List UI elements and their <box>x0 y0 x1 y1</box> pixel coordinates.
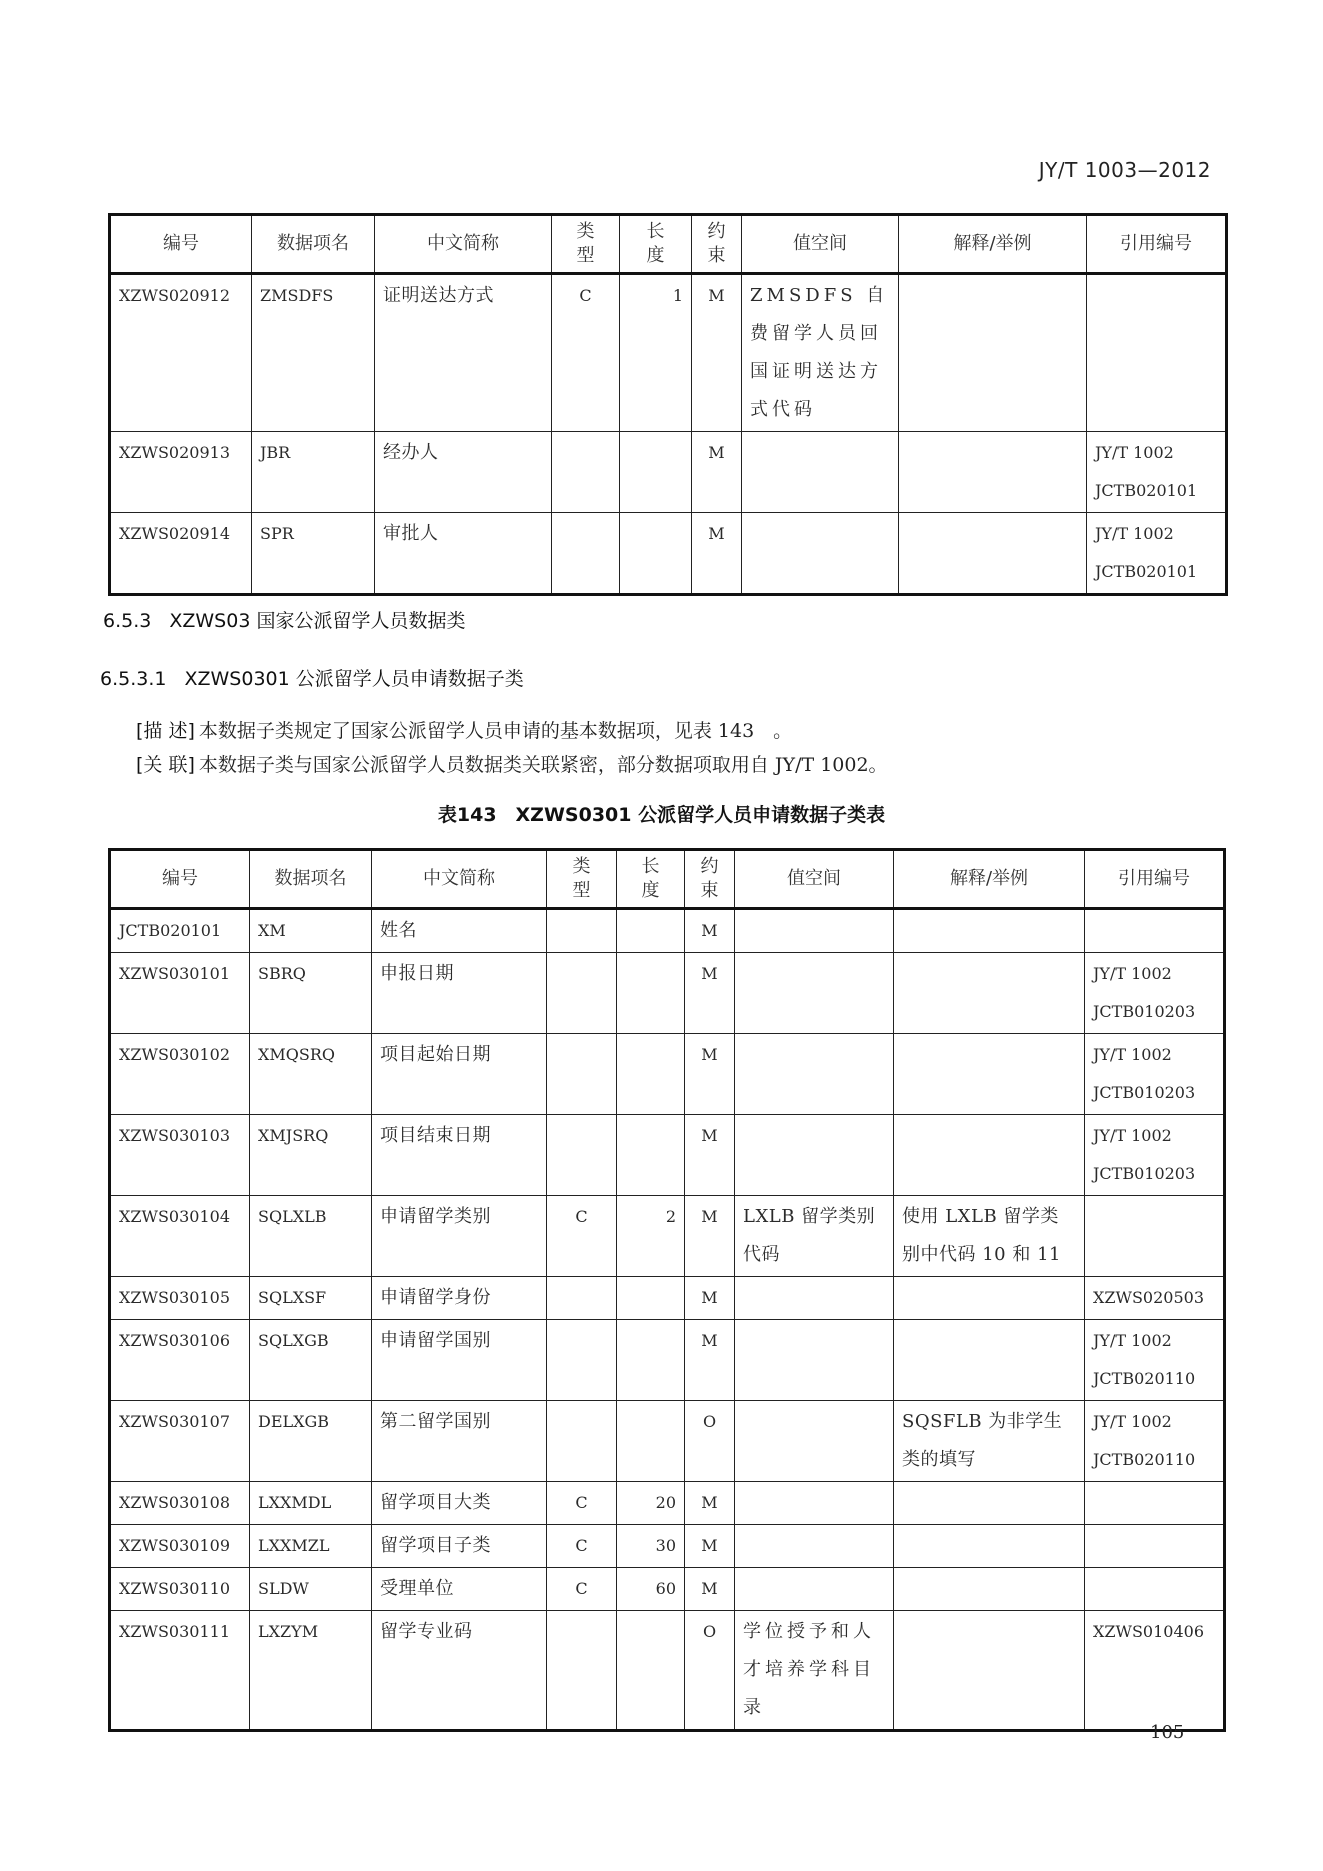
table-caption: 表143 XZWS0301 公派留学人员申请数据子类表 <box>0 800 1323 827</box>
cell-id: XZWS030108 <box>110 1482 250 1525</box>
cell-length <box>617 1115 685 1196</box>
table-row: XZWS030111 LXZYM 留学专业码 O 学位授予和人才培养学科目录 X… <box>110 1611 1225 1731</box>
table-row: XZWS030103 XMJSRQ 项目结束日期 M JY/T 1002JCTB… <box>110 1115 1225 1196</box>
cell-value-space <box>735 909 894 953</box>
cell-id: XZWS030104 <box>110 1196 250 1277</box>
cell-name: JBR <box>252 432 375 513</box>
section-title: XZWS0301 公派留学人员申请数据子类 <box>184 668 523 690</box>
table-row: XZWS030106 SQLXGB 申请留学国别 M JY/T 1002JCTB… <box>110 1320 1225 1401</box>
table-row: XZWS030102 XMQSRQ 项目起始日期 M JY/T 1002JCTB… <box>110 1034 1225 1115</box>
section-number: 6.5.3.1 <box>100 668 166 690</box>
table-row: XZWS030101 SBRQ 申报日期 M JY/T 1002JCTB0102… <box>110 953 1225 1034</box>
section-title: XZWS03 国家公派留学人员数据类 <box>169 610 465 632</box>
cell-length <box>617 1401 685 1482</box>
ref-line-1: XZWS010406 <box>1093 1613 1215 1651</box>
cell-id: XZWS030106 <box>110 1320 250 1401</box>
ref-line-1: JY/T 1002 <box>1093 1322 1215 1360</box>
ref-line-2: JCTB020101 <box>1095 553 1217 591</box>
cell-ref: JY/T 1002JCTB020101 <box>1087 432 1227 513</box>
col-header-type: 类型 <box>552 215 620 274</box>
cell-type <box>552 432 620 513</box>
cell-value-space <box>735 1320 894 1401</box>
cell-type <box>547 1277 617 1320</box>
cell-cn: 证明送达方式 <box>375 274 552 432</box>
table-row: XZWS020913 JBR 经办人 M JY/T 1002JCTB020101 <box>110 432 1227 513</box>
table-row: XZWS030107 DELXGB 第二留学国别 O SQSFLB 为非学生类的… <box>110 1401 1225 1482</box>
cell-id: JCTB020101 <box>110 909 250 953</box>
cell-type: C <box>547 1568 617 1611</box>
cell-explain: 使用 LXLB 留学类别中代码 10 和 11 <box>894 1196 1085 1277</box>
cell-cn: 留学项目大类 <box>372 1482 547 1525</box>
cell-ref: JY/T 1002JCTB020110 <box>1085 1401 1225 1482</box>
cell-constraint: M <box>692 274 742 432</box>
ref-line-1: JY/T 1002 <box>1093 1117 1215 1155</box>
table-143: 编号 数据项名 中文简称 类型 长度 约束 值空间 解释/举例 引用编号 JCT… <box>108 848 1226 1732</box>
cell-length <box>617 953 685 1034</box>
cell-name: SQLXSF <box>250 1277 372 1320</box>
cell-length <box>620 513 692 595</box>
standard-code: JY/T 1003—2012 <box>1039 158 1211 182</box>
cell-value-space <box>735 1401 894 1482</box>
cell-ref: XZWS020503 <box>1085 1277 1225 1320</box>
cell-type <box>547 1034 617 1115</box>
cell-constraint: M <box>685 1568 735 1611</box>
cell-explain <box>894 1115 1085 1196</box>
col-header-cn: 中文简称 <box>375 215 552 274</box>
col-header-constraint: 约束 <box>692 215 742 274</box>
cell-name: ZMSDFS <box>252 274 375 432</box>
cell-ref <box>1085 1568 1225 1611</box>
cell-name: LXXMDL <box>250 1482 372 1525</box>
cell-length <box>617 1611 685 1731</box>
col-header-id: 编号 <box>110 850 250 909</box>
ref-line-1: JY/T 1002 <box>1095 434 1217 472</box>
ref-line-2: JCTB010203 <box>1093 1074 1215 1112</box>
cell-type <box>547 953 617 1034</box>
cell-name: LXXMZL <box>250 1525 372 1568</box>
cell-length <box>617 1277 685 1320</box>
cell-cn: 申请留学身份 <box>372 1277 547 1320</box>
table-row: XZWS030104 SQLXLB 申请留学类别 C 2 M LXLB 留学类别… <box>110 1196 1225 1277</box>
cell-value-space: ZMSDFS 自费留学人员回国证明送达方式代码 <box>742 274 899 432</box>
col-header-explain: 解释/举例 <box>899 215 1087 274</box>
cell-cn: 项目起始日期 <box>372 1034 547 1115</box>
continued-data-table: 编号 数据项名 中文简称 类型 长度 约束 值空间 解释/举例 引用编号 XZW… <box>108 213 1228 596</box>
table-row: XZWS030110 SLDW 受理单位 C 60 M <box>110 1568 1225 1611</box>
cell-type <box>547 1320 617 1401</box>
cell-type <box>547 1115 617 1196</box>
col-header-length-text: 长度 <box>647 220 665 268</box>
cell-value-space <box>735 1568 894 1611</box>
cell-cn: 留学项目子类 <box>372 1525 547 1568</box>
cell-ref: XZWS010406 <box>1085 1611 1225 1731</box>
cell-length <box>620 432 692 513</box>
cell-ref <box>1085 909 1225 953</box>
cell-id: XZWS030105 <box>110 1277 250 1320</box>
relation-tag: [关 联] <box>136 754 195 776</box>
cell-constraint: M <box>685 1196 735 1277</box>
cell-constraint: M <box>685 1277 735 1320</box>
cell-id: XZWS030109 <box>110 1525 250 1568</box>
col-header-value-space: 值空间 <box>742 215 899 274</box>
cell-type: C <box>547 1525 617 1568</box>
cell-name: SPR <box>252 513 375 595</box>
table-header-row: 编号 数据项名 中文简称 类型 长度 约束 值空间 解释/举例 引用编号 <box>110 215 1227 274</box>
cell-id: XZWS020914 <box>110 513 252 595</box>
cell-ref: JY/T 1002JCTB020110 <box>1085 1320 1225 1401</box>
cell-constraint: M <box>692 432 742 513</box>
cell-name: SQLXGB <box>250 1320 372 1401</box>
col-header-ref: 引用编号 <box>1085 850 1225 909</box>
ref-line-2: JCTB010203 <box>1093 993 1215 1031</box>
ref-line-1: JY/T 1002 <box>1093 1403 1215 1441</box>
cell-value-space <box>735 1525 894 1568</box>
cell-id: XZWS030103 <box>110 1115 250 1196</box>
cell-id: XZWS020912 <box>110 274 252 432</box>
page-number: 105 <box>1150 1722 1184 1743</box>
cell-constraint: O <box>685 1611 735 1731</box>
cell-constraint: M <box>685 1525 735 1568</box>
cell-length: 60 <box>617 1568 685 1611</box>
relation-paragraph: [关 联]本数据子类与国家公派留学人员数据类关联紧密，部分数据项取用自 JY/T… <box>136 750 888 777</box>
cell-type <box>547 1401 617 1482</box>
cell-name: SLDW <box>250 1568 372 1611</box>
cell-explain <box>899 432 1087 513</box>
cell-name: SQLXLB <box>250 1196 372 1277</box>
table-row: XZWS030108 LXXMDL 留学项目大类 C 20 M <box>110 1482 1225 1525</box>
cell-length: 30 <box>617 1525 685 1568</box>
cell-explain <box>899 274 1087 432</box>
cell-id: XZWS030101 <box>110 953 250 1034</box>
cell-cn: 姓名 <box>372 909 547 953</box>
col-header-explain: 解释/举例 <box>894 850 1085 909</box>
cell-name: XMJSRQ <box>250 1115 372 1196</box>
cell-constraint: M <box>685 1320 735 1401</box>
cell-value-space <box>742 432 899 513</box>
ref-line-2: JCTB020110 <box>1093 1441 1215 1479</box>
col-header-type-text: 类型 <box>577 220 595 268</box>
cell-id: XZWS020913 <box>110 432 252 513</box>
cell-value-space <box>735 953 894 1034</box>
table-row: XZWS030109 LXXMZL 留学项目子类 C 30 M <box>110 1525 1225 1568</box>
relation-text: 本数据子类与国家公派留学人员数据类关联紧密，部分数据项取用自 JY/T 1002… <box>199 754 888 776</box>
cell-type: C <box>547 1482 617 1525</box>
cell-id: XZWS030111 <box>110 1611 250 1731</box>
cell-name: SBRQ <box>250 953 372 1034</box>
cell-ref <box>1087 274 1227 432</box>
cell-explain <box>894 1320 1085 1401</box>
cell-ref <box>1085 1482 1225 1525</box>
description-tag: [描 述] <box>136 720 195 742</box>
cell-cn: 留学专业码 <box>372 1611 547 1731</box>
ref-line-1: JY/T 1002 <box>1093 1036 1215 1074</box>
cell-explain <box>894 1482 1085 1525</box>
cell-id: XZWS030107 <box>110 1401 250 1482</box>
cell-type: C <box>547 1196 617 1277</box>
cell-type <box>547 1611 617 1731</box>
cell-ref: JY/T 1002JCTB010203 <box>1085 953 1225 1034</box>
cell-constraint: M <box>685 1034 735 1115</box>
cell-length <box>617 1320 685 1401</box>
cell-name: XMQSRQ <box>250 1034 372 1115</box>
table-row: XZWS030105 SQLXSF 申请留学身份 M XZWS020503 <box>110 1277 1225 1320</box>
cell-ref <box>1085 1196 1225 1277</box>
cell-constraint: M <box>692 513 742 595</box>
table-row: XZWS020912 ZMSDFS 证明送达方式 C 1 M ZMSDFS 自费… <box>110 274 1227 432</box>
cell-constraint: M <box>685 909 735 953</box>
section-heading-6-5-3: 6.5.3XZWS03 国家公派留学人员数据类 <box>103 606 465 633</box>
section-heading-6-5-3-1: 6.5.3.1XZWS0301 公派留学人员申请数据子类 <box>100 664 524 691</box>
cell-type <box>547 909 617 953</box>
cell-id: XZWS030102 <box>110 1034 250 1115</box>
col-header-id: 编号 <box>110 215 252 274</box>
cell-explain <box>894 1611 1085 1731</box>
cell-length: 1 <box>620 274 692 432</box>
col-header-value-space: 值空间 <box>735 850 894 909</box>
cell-type <box>552 513 620 595</box>
cell-value-space <box>735 1277 894 1320</box>
ref-line-2: JCTB020110 <box>1093 1360 1215 1398</box>
cell-explain <box>894 1034 1085 1115</box>
col-header-constraint: 约束 <box>685 850 735 909</box>
col-header-name: 数据项名 <box>250 850 372 909</box>
cell-value-space: 学位授予和人才培养学科目录 <box>735 1611 894 1731</box>
cell-cn: 受理单位 <box>372 1568 547 1611</box>
col-header-type: 类型 <box>547 850 617 909</box>
col-header-cn: 中文简称 <box>372 850 547 909</box>
table-row: XZWS020914 SPR 审批人 M JY/T 1002JCTB020101 <box>110 513 1227 595</box>
cell-explain <box>894 953 1085 1034</box>
cell-cn: 申请留学国别 <box>372 1320 547 1401</box>
cell-ref: JY/T 1002JCTB020101 <box>1087 513 1227 595</box>
cell-constraint: O <box>685 1401 735 1482</box>
cell-cn: 申请留学类别 <box>372 1196 547 1277</box>
cell-explain <box>894 909 1085 953</box>
cell-constraint: M <box>685 1115 735 1196</box>
section-number: 6.5.3 <box>103 610 151 632</box>
ref-line-1: JY/T 1002 <box>1093 955 1215 993</box>
col-header-length-text: 长度 <box>642 855 660 903</box>
col-header-length: 长度 <box>620 215 692 274</box>
table-row: JCTB020101 XM 姓名 M <box>110 909 1225 953</box>
cell-name: LXZYM <box>250 1611 372 1731</box>
cell-length <box>617 1034 685 1115</box>
cell-id: XZWS030110 <box>110 1568 250 1611</box>
cell-name: DELXGB <box>250 1401 372 1482</box>
cell-value-space <box>735 1034 894 1115</box>
cell-constraint: M <box>685 953 735 1034</box>
cell-length: 20 <box>617 1482 685 1525</box>
col-header-name: 数据项名 <box>252 215 375 274</box>
cell-explain <box>894 1525 1085 1568</box>
col-header-length: 长度 <box>617 850 685 909</box>
cell-ref <box>1085 1525 1225 1568</box>
cell-cn: 第二留学国别 <box>372 1401 547 1482</box>
col-header-constraint-text: 约束 <box>701 855 719 903</box>
col-header-constraint-text: 约束 <box>708 220 726 268</box>
cell-cn: 审批人 <box>375 513 552 595</box>
cell-length <box>617 909 685 953</box>
cell-value-space <box>742 513 899 595</box>
cell-value-space <box>735 1482 894 1525</box>
table-header-row: 编号 数据项名 中文简称 类型 长度 约束 值空间 解释/举例 引用编号 <box>110 850 1225 909</box>
cell-cn: 项目结束日期 <box>372 1115 547 1196</box>
cell-name: XM <box>250 909 372 953</box>
col-header-type-text: 类型 <box>573 855 591 903</box>
cell-explain <box>899 513 1087 595</box>
cell-ref: JY/T 1002JCTB010203 <box>1085 1115 1225 1196</box>
cell-explain <box>894 1277 1085 1320</box>
col-header-ref: 引用编号 <box>1087 215 1227 274</box>
cell-explain <box>894 1568 1085 1611</box>
description-paragraph: [描 述]本数据子类规定了国家公派留学人员申请的基本数据项，见表 143 。 <box>136 716 792 743</box>
cell-value-space: LXLB 留学类别代码 <box>735 1196 894 1277</box>
cell-constraint: M <box>685 1482 735 1525</box>
cell-ref: JY/T 1002JCTB010203 <box>1085 1034 1225 1115</box>
cell-length: 2 <box>617 1196 685 1277</box>
cell-cn: 经办人 <box>375 432 552 513</box>
ref-line-2: JCTB020101 <box>1095 472 1217 510</box>
ref-line-2: JCTB010203 <box>1093 1155 1215 1193</box>
cell-type: C <box>552 274 620 432</box>
cell-explain: SQSFLB 为非学生类的填写 <box>894 1401 1085 1482</box>
cell-cn: 申报日期 <box>372 953 547 1034</box>
ref-line-1: JY/T 1002 <box>1095 515 1217 553</box>
ref-line-1: XZWS020503 <box>1093 1279 1215 1317</box>
cell-value-space <box>735 1115 894 1196</box>
description-text: 本数据子类规定了国家公派留学人员申请的基本数据项，见表 143 。 <box>199 720 792 742</box>
